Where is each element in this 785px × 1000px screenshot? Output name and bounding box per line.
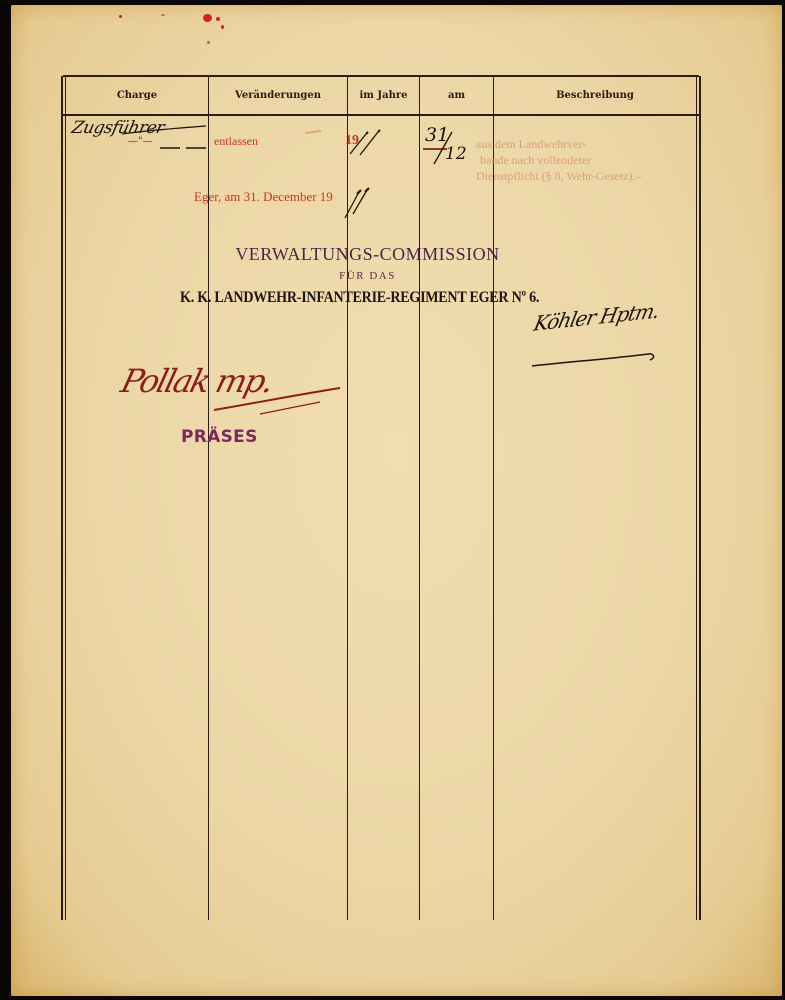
year-handwritten-strokes [346,128,386,158]
ink-speck [119,15,122,18]
column-header-charge: Charge [66,80,208,112]
beschreibung-line: bande nach vollendeter [476,152,706,168]
column-divider [419,76,420,920]
table-top-border [63,75,699,77]
column-header-im-jahre: im Jahre [348,80,419,112]
commission-stamp-line3: K. K. LANDWEHR-INFANTERIE-REGIMENT EGER … [180,289,510,307]
column-header-veraenderungen: Veränderungen [209,80,347,112]
ink-speck [203,14,212,22]
veraenderungen-value: entlassen [214,134,258,149]
beschreibung-line: Dienstpflicht (§ 8, Wehr-Gesetz).– [476,168,706,184]
column-divider [493,76,494,920]
ink-speck [161,14,165,16]
charge-ditto: —"— [128,136,153,147]
date-year-handwritten-strokes [343,186,373,220]
column-header-am: am [420,80,493,112]
date-stamp-text: Eger, am 31. December 19 [194,189,333,205]
table-left-border-outer [61,76,63,920]
table-left-border-inner [65,76,66,920]
table-header-rule [63,114,699,116]
ink-speck [221,25,224,29]
president-title-stamp: PRÄSES [181,427,258,447]
signature-officer-flourish [528,340,668,375]
am-month: 12 [445,144,467,164]
table-right-border-outer [699,76,701,920]
table-right-border-inner [696,76,697,920]
beschreibung-line: aus dem Landwehrver- [476,136,706,152]
column-header-beschreibung: Beschreibung [494,80,696,112]
signature-president-flourish [210,380,350,420]
ink-speck [207,41,210,44]
ink-speck [216,17,220,21]
beschreibung-value: aus dem Landwehrver- bande nach vollende… [476,136,706,184]
commission-stamp-line1: VERWALTUNGS-COMMISSION [220,244,515,265]
commission-stamp-line2: FÜR DAS [300,270,435,282]
